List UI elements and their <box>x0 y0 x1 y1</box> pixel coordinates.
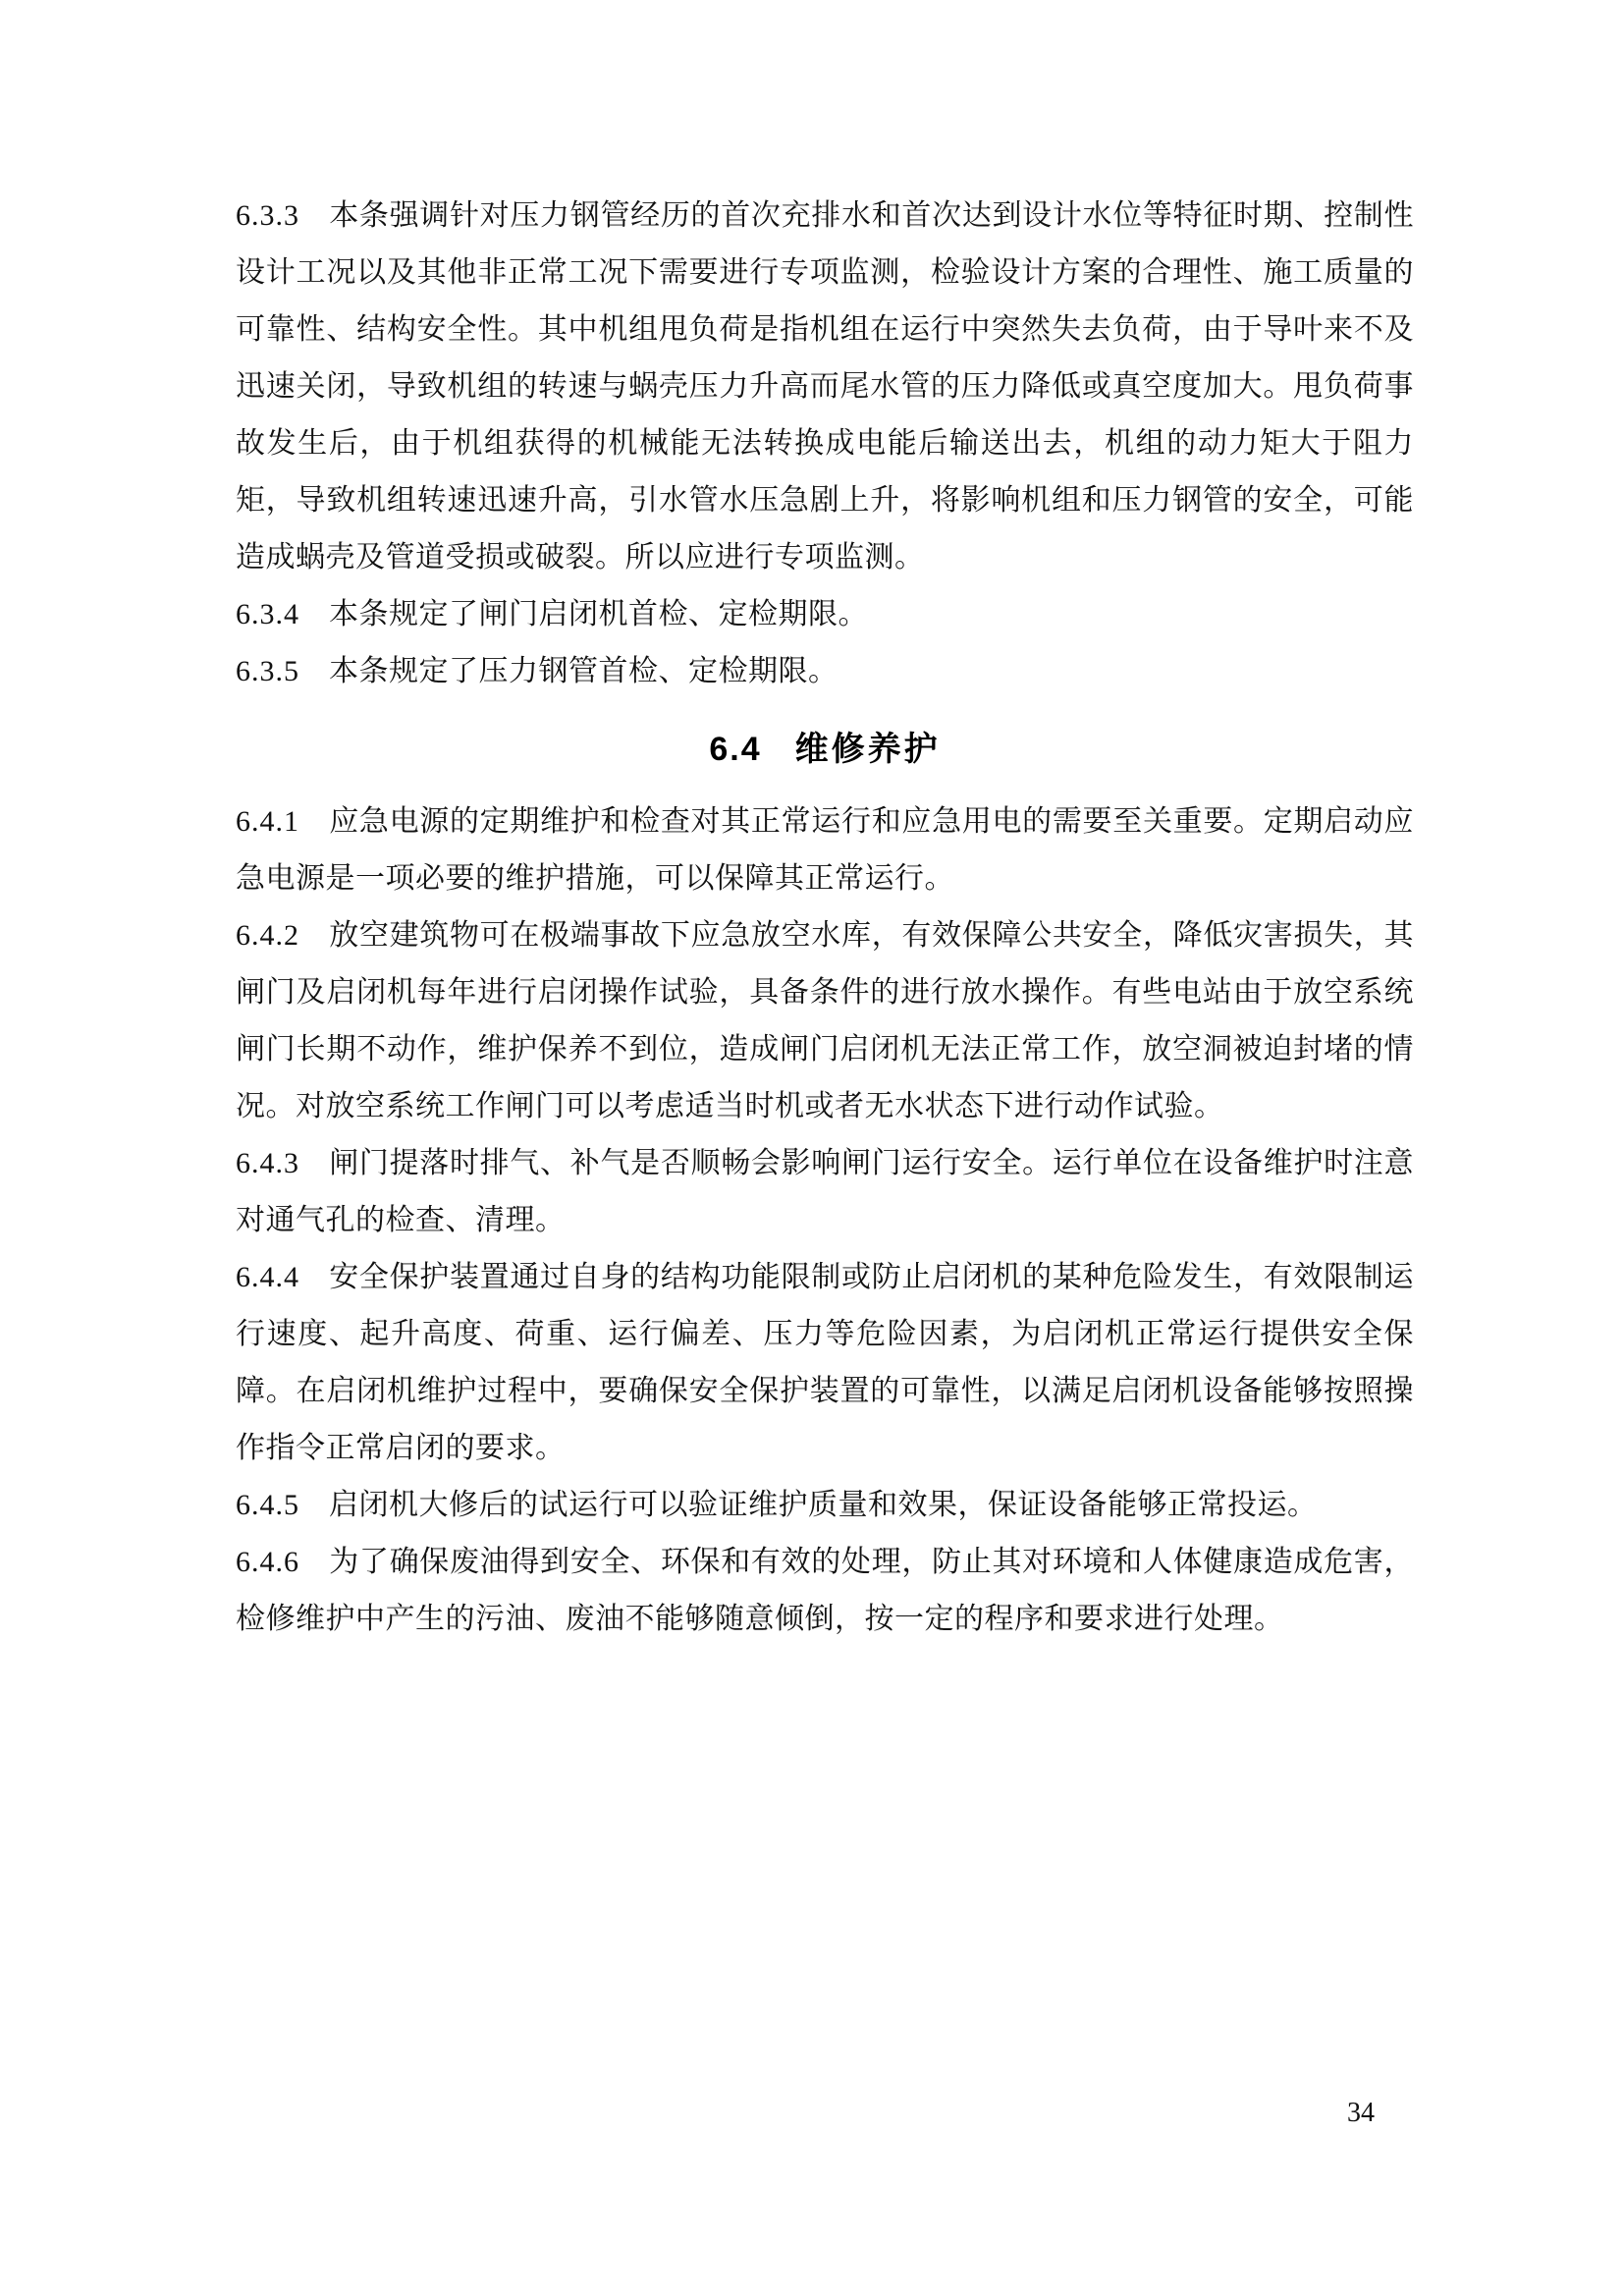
clause-number: 6.3.4 <box>236 586 299 643</box>
clause-text: 放空建筑物可在极端事故下应急放空水库，有效保障公共安全，降低灾害损失，其闸门及启… <box>236 919 1414 1122</box>
clause-text: 启闭机大修后的试运行可以验证维护质量和效果，保证设备能够正常投运。 <box>329 1489 1318 1521</box>
document-body: 6.3.3本条强调针对压力钢管经历的首次充排水和首次达到设计水位等特征时期、控制… <box>236 188 1414 1648</box>
clause-text: 安全保护装置通过自身的结构功能限制或防止启闭机的某种危险发生，有效限制运行速度、… <box>236 1261 1414 1464</box>
section-heading: 6.4维修养护 <box>236 721 1414 778</box>
clause-number: 6.4.1 <box>236 793 299 850</box>
clause-text: 本条强调针对压力钢管经历的首次充排水和首次达到设计水位等特征时期、控制性设计工况… <box>236 199 1414 574</box>
clause-6-3-5: 6.3.5本条规定了压力钢管首检、定检期限。 <box>236 643 1414 700</box>
clause-number: 6.3.5 <box>236 643 299 700</box>
clause-6-3-4: 6.3.4本条规定了闸门启闭机首检、定检期限。 <box>236 586 1414 643</box>
document-page: 6.3.3本条强调针对压力钢管经历的首次充排水和首次达到设计水位等特征时期、控制… <box>0 0 1623 2296</box>
clause-text: 为了确保废油得到安全、环保和有效的处理，防止其对环境和人体健康造成危害，检修维护… <box>236 1546 1414 1635</box>
clause-text: 闸门提落时排气、补气是否顺畅会影响闸门运行安全。运行单位在设备维护时注意对通气孔… <box>236 1147 1414 1236</box>
clause-6-4-6: 6.4.6为了确保废油得到安全、环保和有效的处理，防止其对环境和人体健康造成危害… <box>236 1534 1414 1648</box>
section-heading-number: 6.4 <box>709 731 761 768</box>
clause-6-4-3: 6.4.3闸门提落时排气、补气是否顺畅会影响闸门运行安全。运行单位在设备维护时注… <box>236 1135 1414 1249</box>
section-heading-title: 维修养护 <box>795 731 941 768</box>
clause-number: 6.3.3 <box>236 188 299 245</box>
clause-number: 6.4.2 <box>236 907 299 964</box>
clause-number: 6.4.5 <box>236 1477 299 1534</box>
clause-text: 本条规定了闸门启闭机首检、定检期限。 <box>329 598 868 630</box>
clause-6-4-5: 6.4.5启闭机大修后的试运行可以验证维护质量和效果，保证设备能够正常投运。 <box>236 1477 1414 1534</box>
clause-6-3-3: 6.3.3本条强调针对压力钢管经历的首次充排水和首次达到设计水位等特征时期、控制… <box>236 188 1414 586</box>
clause-number: 6.4.6 <box>236 1534 299 1591</box>
clause-text: 应急电源的定期维护和检查对其正常运行和应急用电的需要至关重要。定期启动应急电源是… <box>236 805 1414 895</box>
clause-6-4-4: 6.4.4安全保护装置通过自身的结构功能限制或防止启闭机的某种危险发生，有效限制… <box>236 1249 1414 1477</box>
clause-number: 6.4.3 <box>236 1135 299 1192</box>
clause-6-4-2: 6.4.2放空建筑物可在极端事故下应急放空水库，有效保障公共安全，降低灾害损失，… <box>236 907 1414 1135</box>
page-number: 34 <box>1347 2098 1375 2129</box>
clause-text: 本条规定了压力钢管首检、定检期限。 <box>329 655 839 687</box>
clause-number: 6.4.4 <box>236 1249 299 1306</box>
clause-6-4-1: 6.4.1应急电源的定期维护和检查对其正常运行和应急用电的需要至关重要。定期启动… <box>236 793 1414 907</box>
